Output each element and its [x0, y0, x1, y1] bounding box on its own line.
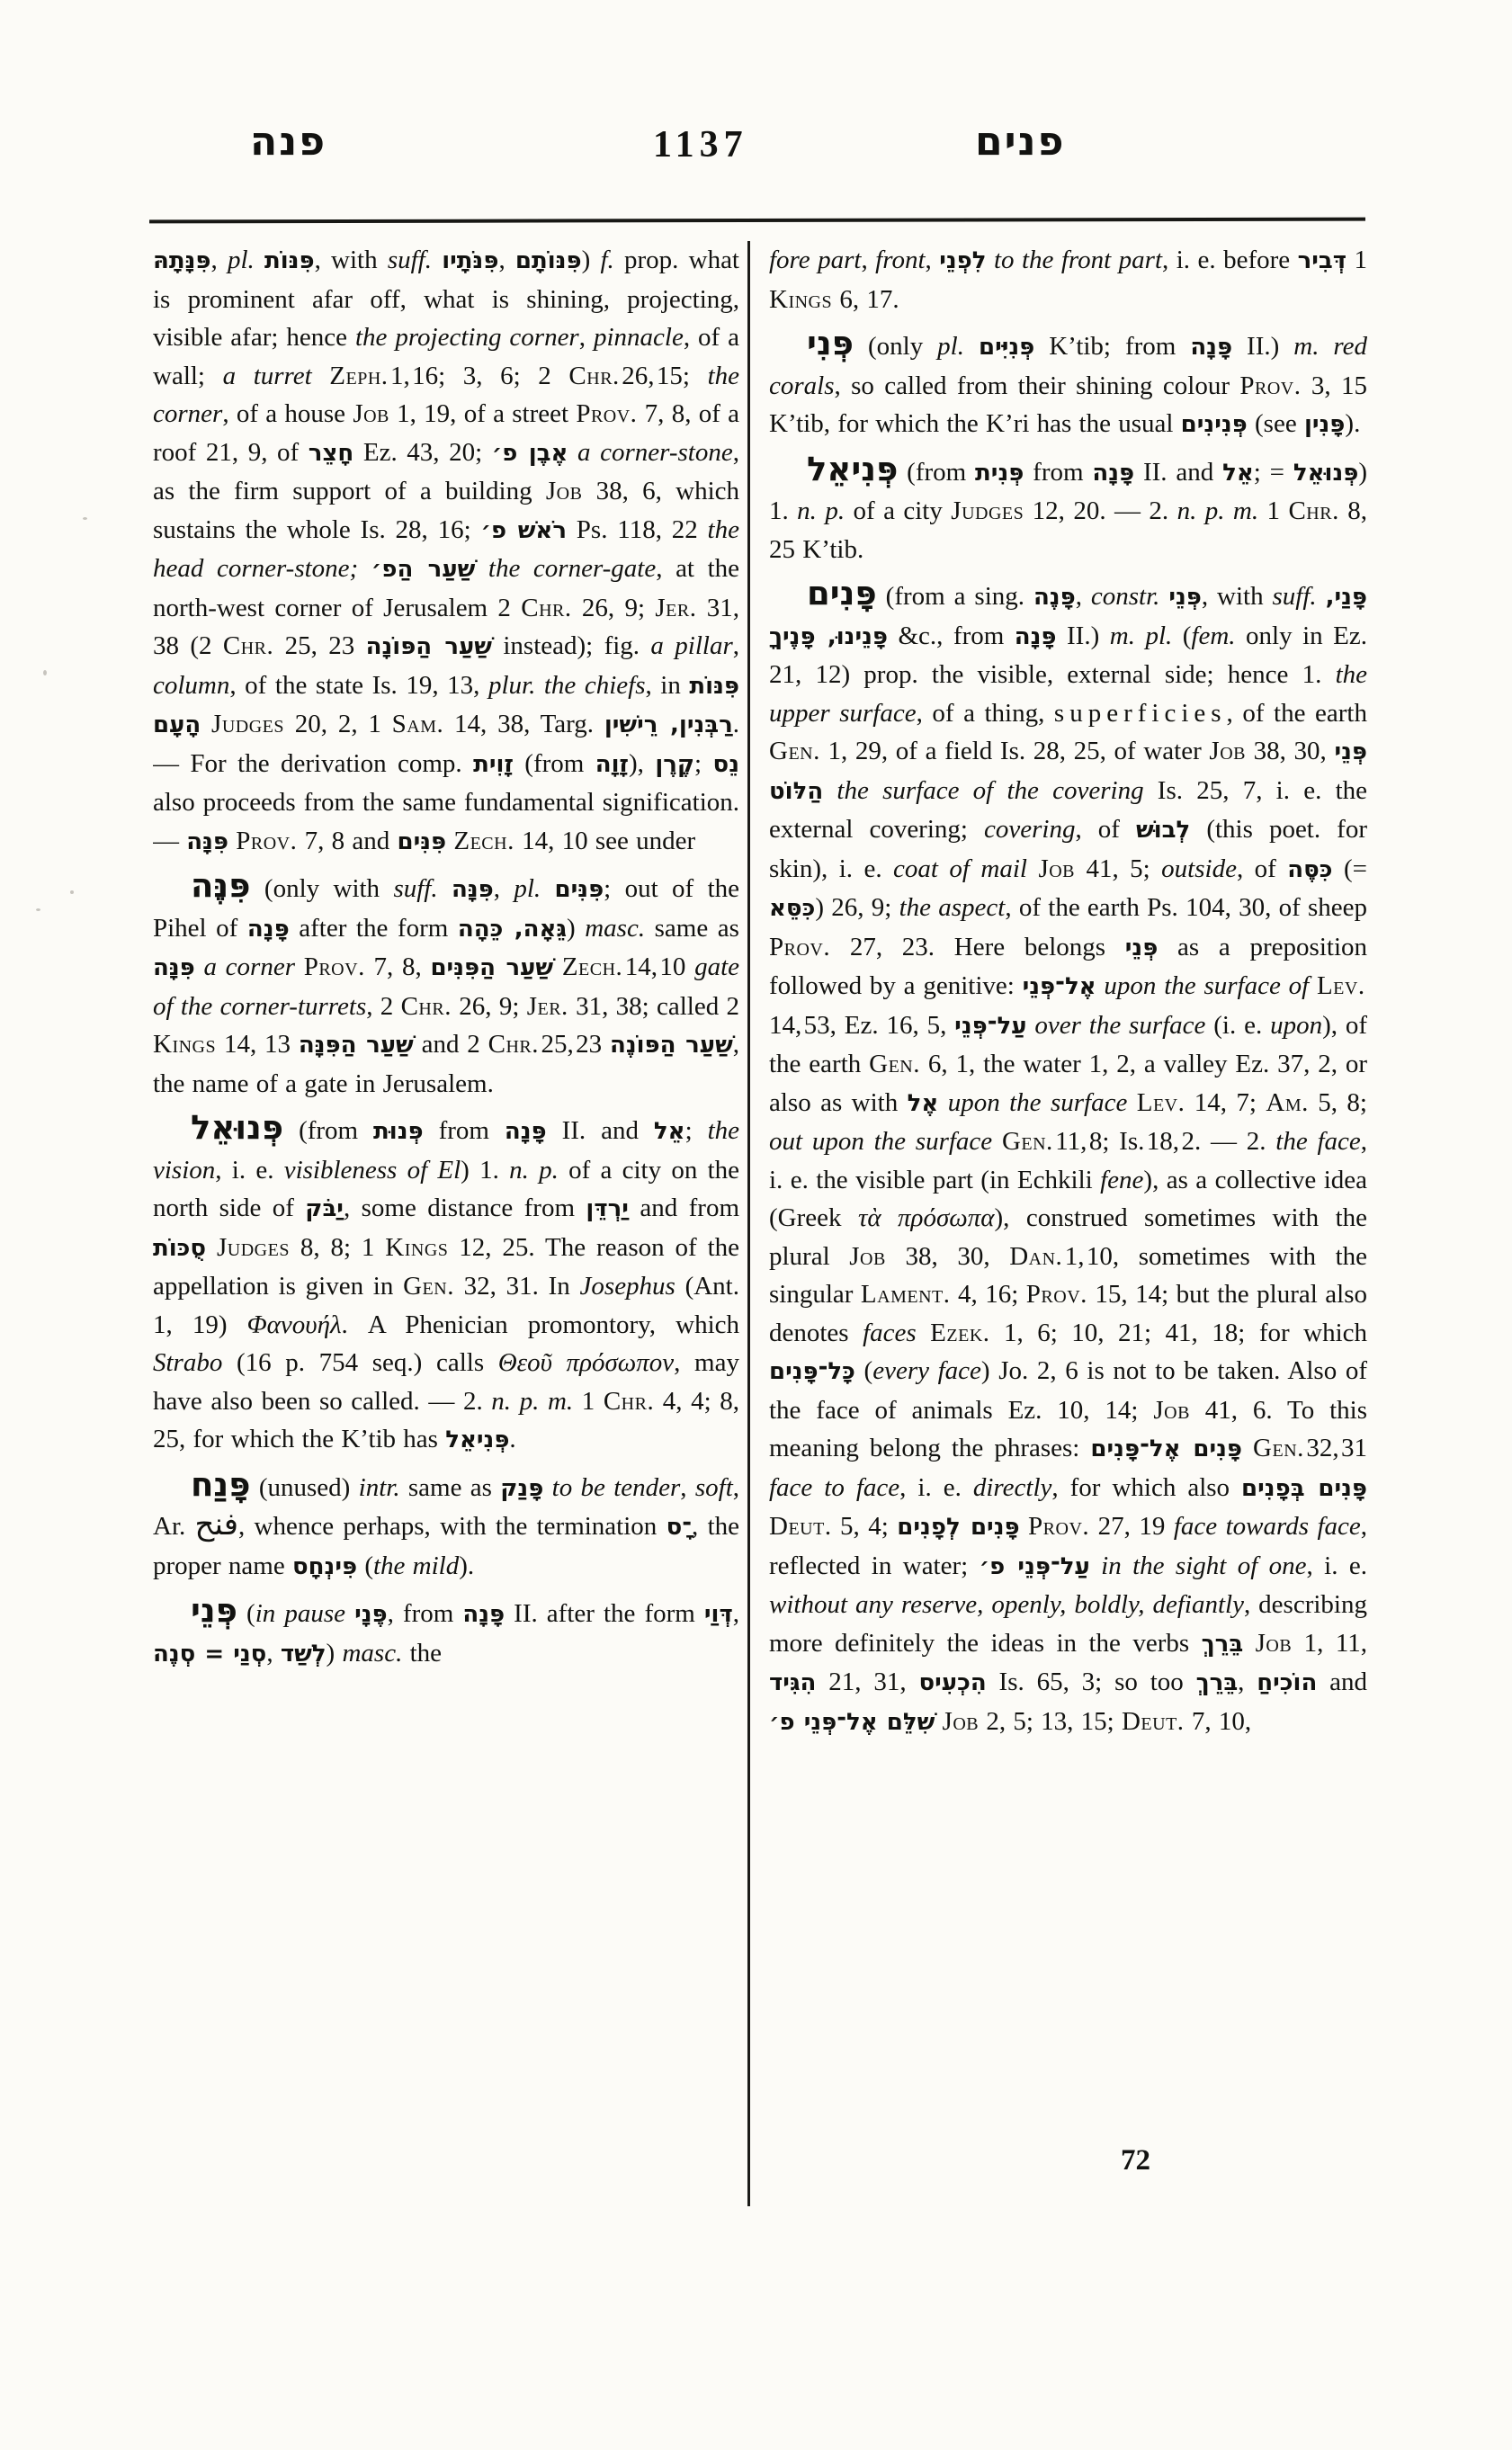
dictionary-entry: פְּנִי (only pl. פְּנִיִּים K’tib; from …: [769, 326, 1367, 444]
scan-speck: [36, 908, 40, 911]
header-rule: [149, 218, 1365, 224]
scan-speck: [43, 670, 47, 675]
scan-speck: [83, 517, 87, 520]
page-number: 1137: [653, 126, 748, 164]
dictionary-entry: fore part, front, לִפְנֵי to the front p…: [769, 241, 1367, 318]
scan-speck: [70, 890, 74, 894]
signature-mark: 72: [1121, 2144, 1150, 2177]
book-page: פנה 1137 פנים פִּנָּתָהּ, pl. פִּנּוֹת, …: [0, 0, 1512, 2450]
header-keyword-right: פנים: [975, 122, 1065, 162]
dictionary-entry: פִּנָּתָהּ, pl. פִּנּוֹת, with suff. פִּ…: [153, 241, 739, 861]
dictionary-entry: פָּנִים (from a sing. פָּנֶה, constr. פְ…: [769, 577, 1367, 1741]
dictionary-entry: פִּנֶּה (only with suff. פִּנָּה, pl. פִ…: [153, 869, 739, 1103]
dictionary-entry: פְּנִיאֵל (from פְּנִית from פָּנָה II. …: [769, 452, 1367, 569]
dictionary-entry: פְּנֵי (in pause פֶּנָי, from פָּנָה II.…: [153, 1594, 739, 1673]
column-left: פִּנָּתָהּ, pl. פִּנּוֹת, with suff. פִּ…: [153, 241, 739, 2229]
column-right: fore part, front, לִפְנֵי to the front p…: [769, 241, 1367, 2229]
dictionary-entry: פְּנוּאֵל (from פְּנוּת from פָּנָה II. …: [153, 1111, 739, 1460]
header-keyword-left: פנה: [250, 122, 327, 162]
dictionary-entry: פָּנַח (unused) intr. same as פָּנַק to …: [153, 1468, 739, 1587]
text-columns: פִּנָּתָהּ, pl. פִּנּוֹת, with suff. פִּ…: [153, 241, 1367, 2229]
column-divider: [747, 241, 750, 2206]
